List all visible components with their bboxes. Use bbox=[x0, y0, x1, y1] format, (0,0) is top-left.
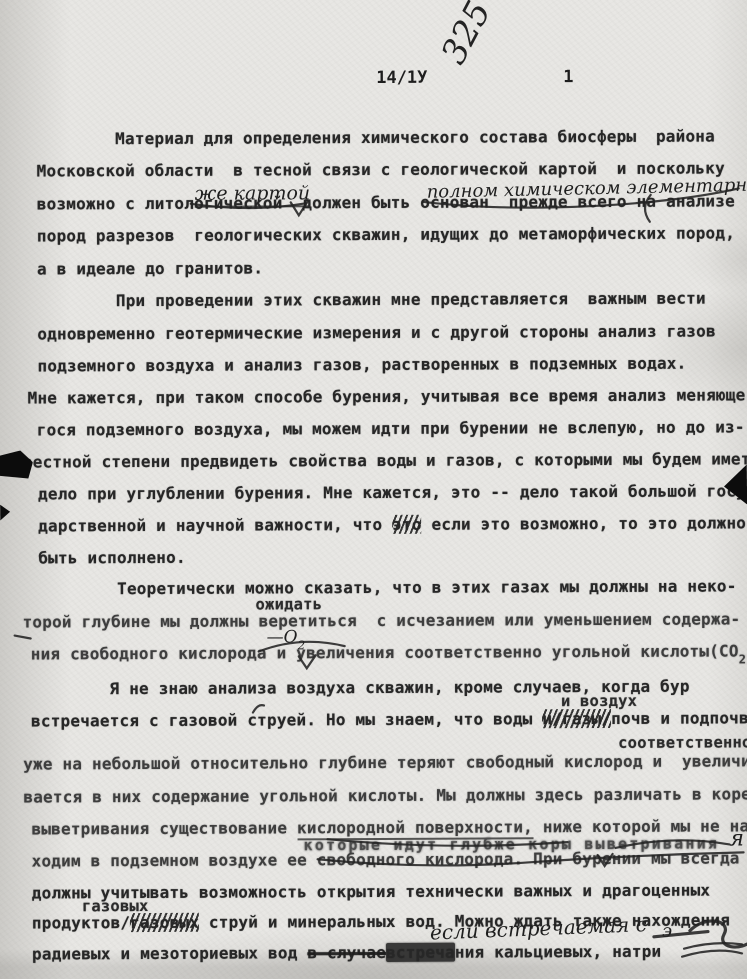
typed-line: Материал для определения химического сос… bbox=[36, 127, 715, 149]
pen-strikeout: в случае bbox=[307, 943, 386, 962]
typed-line: дело при углублении бурения. Мне кажется… bbox=[38, 481, 747, 503]
typed-line: вается в них содержание угольной кислоты… bbox=[23, 784, 747, 806]
typed-strikeout: это bbox=[392, 515, 422, 534]
typed-strikeout: и/газы/ bbox=[542, 709, 611, 728]
handwritten-insertion-esli: если встречаемая с bbox=[430, 914, 648, 943]
typed-line: пород разрезов геологических скважин, ид… bbox=[37, 223, 735, 245]
typed-line: вестной степени предвидеть свойства воды… bbox=[23, 449, 747, 471]
co2-subscript: 2 bbox=[739, 652, 746, 666]
typed-line: а в идеале до гранитов. bbox=[37, 258, 263, 278]
typed-line: подземного воздуха и анализ газов, раств… bbox=[37, 354, 686, 376]
typed-line: торой глубине мы должны веретиться с исч… bbox=[23, 609, 741, 631]
typed-line: При проведении этих скважин мне представ… bbox=[37, 289, 706, 311]
hw-flourish-line1 bbox=[682, 951, 742, 957]
typed-line: встречается с газовой струей. Но мы знае… bbox=[31, 708, 747, 730]
typed-line: ходим в подземном воздухе ее свободного … bbox=[32, 848, 740, 870]
typed-line: дарственной и научной важности, что это … bbox=[38, 513, 746, 535]
typed-line: Мне кажется, при таком способе бурения, … bbox=[28, 385, 747, 407]
typed-insertion-i-vozduh: и воздух bbox=[561, 694, 637, 710]
typed-line: гося подземного воздуха, мы можем идти п… bbox=[37, 417, 745, 439]
typed-line: радиевых и мезоториевых вод в случаевстр… bbox=[32, 942, 661, 964]
margin-dash bbox=[15, 635, 31, 638]
document-sheet: 325 14/1У 1 Материал для определения хим… bbox=[0, 0, 747, 979]
typed-insertion-sootvetstvenno: соответственно bbox=[618, 735, 747, 751]
typed-line: ния свободного кислорода и увеличения со… bbox=[31, 641, 747, 670]
hw-flourish-line2 bbox=[684, 943, 742, 949]
scan-artifact-left-small bbox=[0, 505, 10, 521]
handwritten-tail-ya: я bbox=[729, 828, 744, 850]
scanned-typewritten-page: { "header": { "hw_number": "325", "date_… bbox=[0, 0, 747, 979]
handwritten-page-number: 325 bbox=[436, 0, 496, 69]
pen-scribbled-word: встреча bbox=[386, 943, 455, 962]
typed-line: уже на небольшой относительно глубине те… bbox=[23, 751, 747, 773]
typed-line: быть исполнено. bbox=[38, 548, 186, 568]
handwritten-e-mark: э bbox=[662, 923, 672, 941]
typed-line: возможно с литологической должен быть ос… bbox=[37, 191, 735, 213]
date-mark: 14/1У bbox=[376, 70, 427, 87]
typed-line: одновременно геотермические измерения и … bbox=[37, 322, 716, 344]
typed-line: Теоретически можно сказать, что в этих г… bbox=[38, 576, 736, 598]
typed-strikeout: газовых bbox=[130, 913, 199, 932]
page-number: 1 bbox=[563, 69, 573, 86]
